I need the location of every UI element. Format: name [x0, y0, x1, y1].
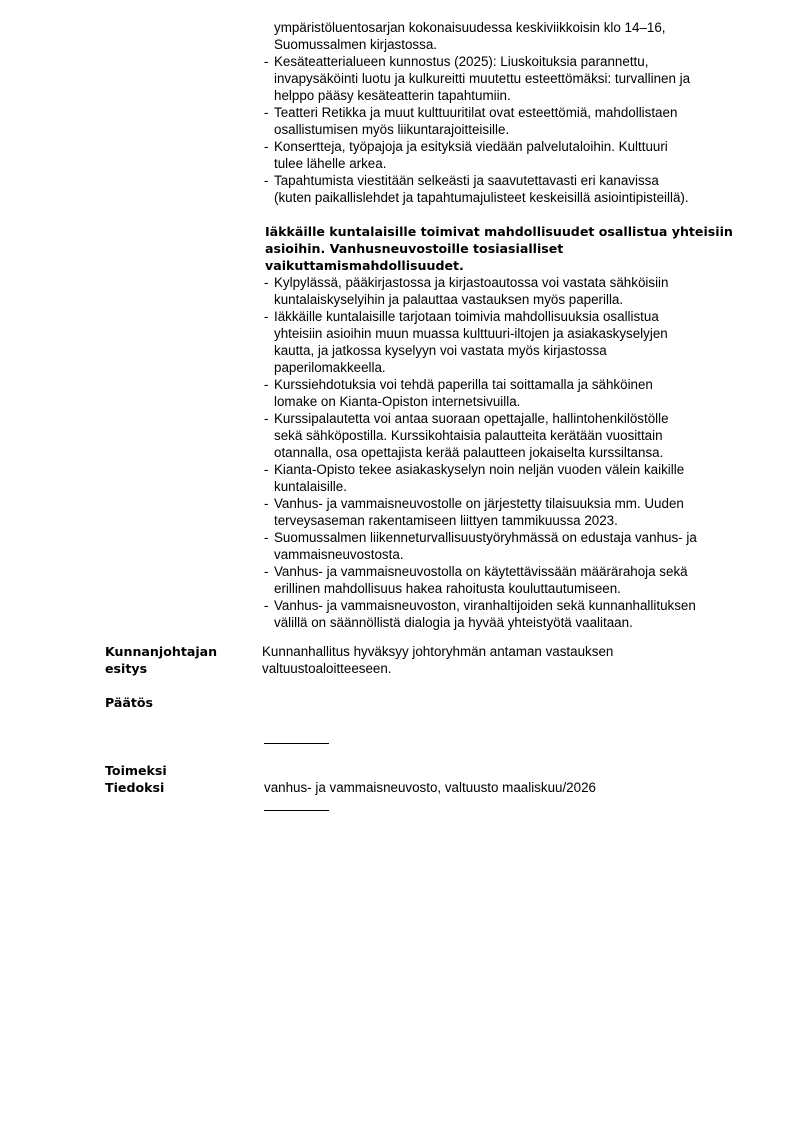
text-line: tulee lähelle arkea.	[274, 155, 744, 172]
bullet-dash: -	[264, 138, 268, 155]
text-line: välillä on säännöllistä dialogia ja hyvä…	[274, 614, 744, 631]
text-line: Kunnanhallitus hyväksyy johtoryhmän anta…	[262, 643, 762, 660]
text-line: erillinen mahdollisuus hakea rahoitusta …	[274, 580, 744, 597]
text-line: Kylpylässä, pääkirjastossa ja kirjastoau…	[274, 274, 744, 291]
bullet-dash: -	[264, 597, 268, 614]
text-line: kuntalaiskyselyihin ja palauttaa vastauk…	[274, 291, 744, 308]
text-line: Konsertteja, työpajoja ja esityksiä vied…	[274, 138, 744, 155]
list-item: -Kurssiehdotuksia voi tehdä paperilla ta…	[264, 376, 744, 410]
text-line: Vanhus- ja vammaisneuvostolla on käytett…	[274, 563, 744, 580]
divider-line	[264, 810, 329, 811]
text-line: Kurssipalautetta voi antaa suoraan opett…	[274, 410, 744, 427]
list-item: -Kylpylässä, pääkirjastossa ja kirjastoa…	[264, 274, 744, 308]
for-info-text: vanhus- ja vammaisneuvosto, valtuusto ma…	[264, 779, 764, 796]
text-line: kuntalaisille.	[274, 478, 744, 495]
text-line: Kurssiehdotuksia voi tehdä paperilla tai…	[274, 376, 744, 393]
bullet-dash: -	[264, 104, 268, 121]
text-line: Teatteri Retikka ja muut kulttuuritilat …	[274, 104, 744, 121]
for-info-row: Tiedoksi vanhus- ja vammaisneuvosto, val…	[105, 779, 755, 796]
text-line: Suomussalmen kirjastossa.	[274, 36, 744, 53]
text-line: Iäkkäille kuntalaisille tarjotaan toimiv…	[274, 308, 744, 325]
list-item: -Kurssipalautetta voi antaa suoraan opet…	[264, 410, 744, 461]
heading-line: Iäkkäille kuntalaisille toimivat mahdoll…	[265, 223, 744, 240]
proposal-row: Kunnanjohtajan esitys Kunnanhallitus hyv…	[105, 643, 755, 677]
culture-accessibility-list: -Kesäteatterialueen kunnostus (2025): Li…	[264, 53, 744, 206]
text-line: yhteisiin asioihin muun muassa kulttuuri…	[274, 325, 744, 342]
document-page: ympäristöluentosarjan kokonaisuudessa ke…	[0, 0, 794, 1122]
text-line: kautta, ja jatkossa kyselyyn voi vastata…	[274, 342, 744, 359]
list-item: -Iäkkäille kuntalaisille tarjotaan toimi…	[264, 308, 744, 376]
list-item: -Konsertteja, työpajoja ja esityksiä vie…	[264, 138, 744, 172]
text-line: valtuustoaloitteeseen.	[262, 660, 762, 677]
bullet-dash: -	[264, 274, 268, 291]
text-line: Kesäteatterialueen kunnostus (2025): Liu…	[274, 53, 744, 70]
decision-row: Päätös	[105, 694, 755, 711]
text-line: (kuten paikallislehdet ja tapahtumajulis…	[274, 189, 744, 206]
body-column: ympäristöluentosarjan kokonaisuudessa ke…	[264, 19, 744, 631]
text-line: Vanhus- ja vammaisneuvostolle on järjest…	[274, 495, 744, 512]
list-item: -Kesäteatterialueen kunnostus (2025): Li…	[264, 53, 744, 104]
list-item: -Tapahtumista viestitään selkeästi ja sa…	[264, 172, 744, 206]
list-item: -Kianta-Opisto tekee asiakaskyselyn noin…	[264, 461, 744, 495]
list-item: -Suomussalmen liikenneturvallisuustyöryh…	[264, 529, 744, 563]
proposal-text: Kunnanhallitus hyväksyy johtoryhmän anta…	[262, 643, 762, 677]
list-item: -Teatteri Retikka ja muut kulttuuritilat…	[264, 104, 744, 138]
text-line: sekä sähköpostilla. Kurssikohtaisia pala…	[274, 427, 744, 444]
label-line: Kunnanjohtajan	[105, 643, 255, 660]
list-item: -Vanhus- ja vammaisneuvostolla on käytet…	[264, 563, 744, 597]
bullet-dash: -	[264, 563, 268, 580]
bullet-dash: -	[264, 461, 268, 478]
text-line: terveysaseman rakentamiseen liittyen tam…	[274, 512, 744, 529]
list-item: -Vanhus- ja vammaisneuvostolle on järjes…	[264, 495, 744, 529]
for-action-label: Toimeksi	[105, 762, 255, 779]
text-line: paperilomakkeella.	[274, 359, 744, 376]
list-item: -Vanhus- ja vammaisneuvoston, viranhalti…	[264, 597, 744, 631]
intro-continuation: ympäristöluentosarjan kokonaisuudessa ke…	[264, 19, 744, 53]
for-info-label: Tiedoksi	[105, 779, 255, 796]
text-line: ympäristöluentosarjan kokonaisuudessa ke…	[274, 19, 744, 36]
text-line: Kianta-Opisto tekee asiakaskyselyn noin …	[274, 461, 744, 478]
divider-line	[264, 743, 329, 744]
text-line: Tapahtumista viestitään selkeästi ja saa…	[274, 172, 744, 189]
bullet-dash: -	[264, 410, 268, 427]
proposal-label: Kunnanjohtajan esitys	[105, 643, 255, 677]
text-line: Vanhus- ja vammaisneuvoston, viranhaltij…	[274, 597, 744, 614]
participation-list: -Kylpylässä, pääkirjastossa ja kirjastoa…	[264, 274, 744, 631]
text-line: osallistumisen myös liikuntarajoitteisil…	[274, 121, 744, 138]
text-line: Suomussalmen liikenneturvallisuustyöryhm…	[274, 529, 744, 546]
text-line: lomake on Kianta-Opiston internetsivuill…	[274, 393, 744, 410]
for-action-row: Toimeksi	[105, 762, 755, 779]
heading-line: asioihin. Vanhusneuvostoille tosiasialli…	[265, 240, 744, 257]
text-line: otannalla, osa opettajista kerää palautt…	[274, 444, 744, 461]
bullet-dash: -	[264, 495, 268, 512]
section-heading-participation: Iäkkäille kuntalaisille toimivat mahdoll…	[264, 223, 744, 274]
label-line: esitys	[105, 660, 255, 677]
bullet-dash: -	[264, 172, 268, 189]
bullet-dash: -	[264, 308, 268, 325]
bullet-dash: -	[264, 53, 268, 70]
heading-line: vaikuttamismahdollisuudet.	[265, 257, 744, 274]
bullet-dash: -	[264, 376, 268, 393]
text-line: helppo pääsy kesäteatterin tapahtumiin.	[274, 87, 744, 104]
decision-label: Päätös	[105, 694, 255, 711]
bullet-dash: -	[264, 529, 268, 546]
text-line: vammaisneuvostosta.	[274, 546, 744, 563]
text-line: invapysäköinti luotu ja kulkureitti muut…	[274, 70, 744, 87]
